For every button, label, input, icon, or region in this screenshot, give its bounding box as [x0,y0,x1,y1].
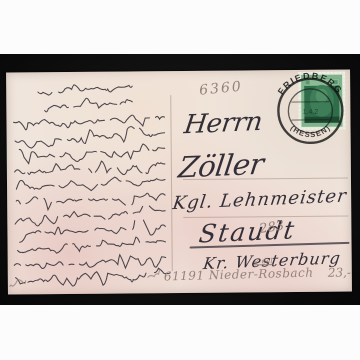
postmark-region: (HESSEN) [289,123,333,139]
handwriting-stroke [17,235,166,255]
handwriting-stroke [38,95,133,112]
handwriting-stroke [16,172,166,195]
svg-text:(HESSEN): (HESSEN) [289,123,333,139]
svg-text:FRIEDBERG: FRIEDBERG [276,70,345,96]
postmark: FRIEDBERG (HESSEN) 1.4.2 [263,63,358,162]
handwriting-stroke [16,141,165,166]
pencil-corner-mark [8,276,30,294]
pencil-caption: 61191 Nieder-Rosbach [164,266,314,284]
address-recipient-occupation: Kgl. Lehnmeister [171,186,348,215]
message-handwriting [8,74,172,289]
pencil-caption-mark: ✓ del [254,257,273,265]
handwriting-stroke [14,157,165,182]
card-divider-line [170,95,173,271]
address-recipient-name: Zöller [176,147,265,185]
handwriting-stroke [146,269,163,278]
pencil-flourish [146,269,164,283]
postcard: 6360 Herrn Zöller Kgl. Lehnmeister Staud… [6,70,352,295]
handwriting-stroke [14,205,165,227]
handwriting-stroke [38,81,133,96]
address-recipient-title: Herrn [182,107,264,140]
pencil-top-number: 6360 [199,79,244,99]
handwriting-stroke [9,278,27,289]
postmark-town: FRIEDBERG [276,70,345,96]
postmark-date: 1.4.2 [303,109,319,116]
handwriting-stroke [19,219,166,243]
handwriting-stroke [16,189,166,212]
handwriting-stroke [14,252,166,276]
pencil-price: 23,- [328,266,351,280]
